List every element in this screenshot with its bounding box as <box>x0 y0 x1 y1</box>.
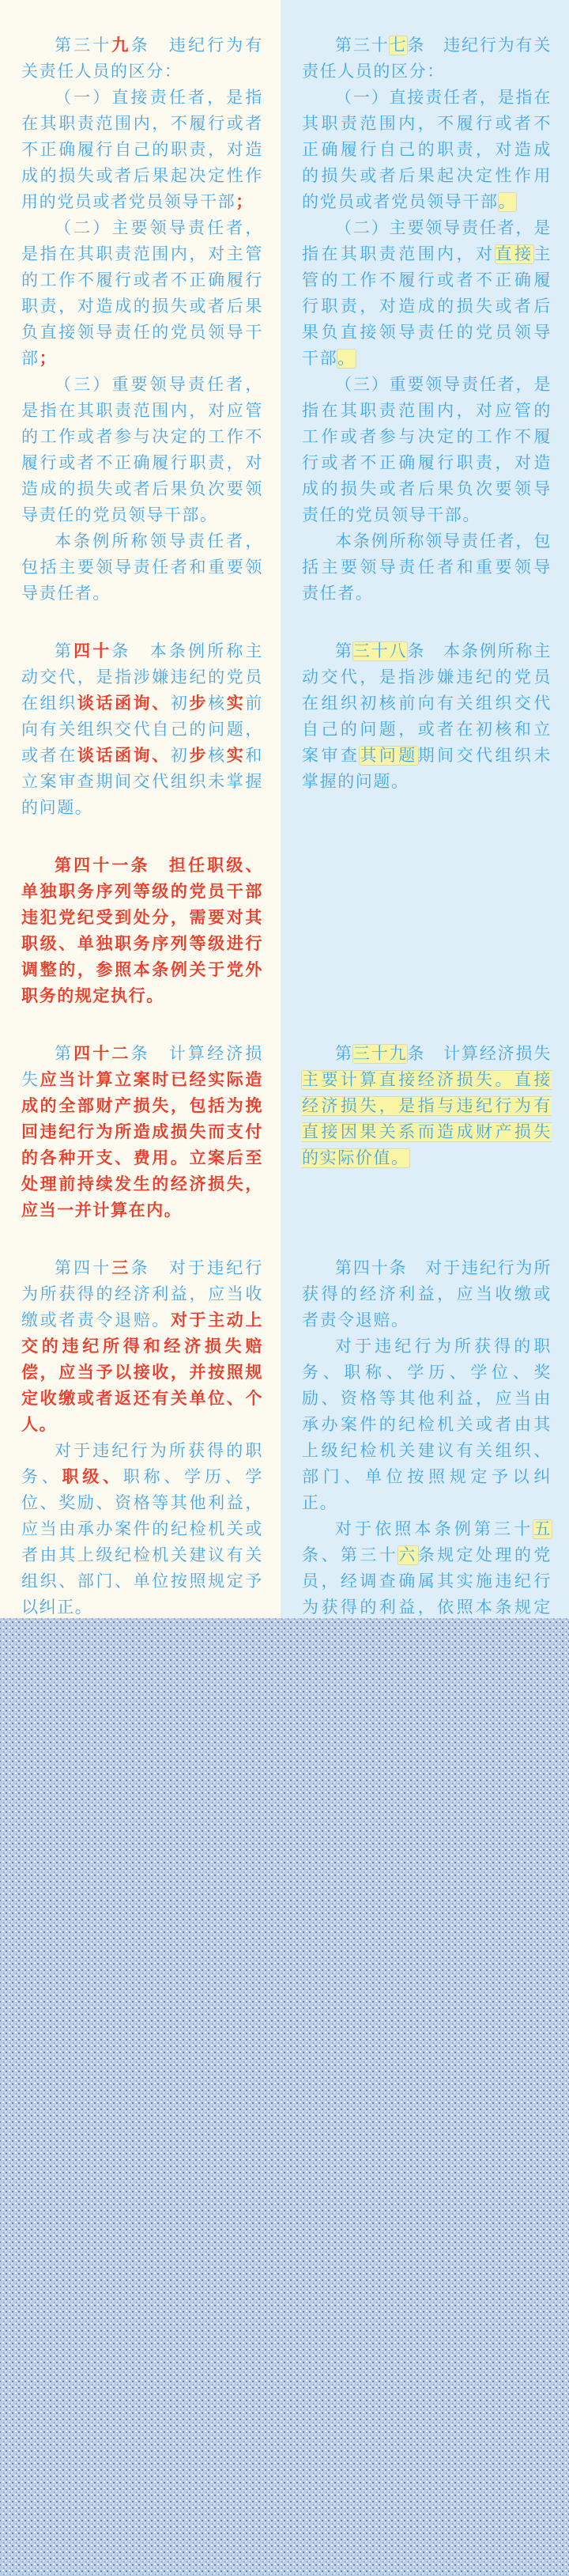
paragraph: 对于违纪行为所获得的职务、职称、学历、学位、奖励、资格等其他利益，应当由承办案件… <box>302 1333 552 1516</box>
changed-text-span: 九 <box>111 36 130 55</box>
comparison-row: 第四十条 本条例所称主动交代，是指涉嫌违纪的党员在组织谈话函询、初步核实前向有关… <box>0 638 569 821</box>
regulation-comparison-page: 第三十九条 违纪行为有关责任人员的区分：（一）直接责任者，是指在其职责范围内，不… <box>0 0 569 2576</box>
new-text-cell: 第四十三条 对于违纪行为所获得的经济利益，应当收缴或者责令退赔。对于主动上交的违… <box>0 1255 281 1618</box>
paragraph: 第四十条 对于违纪行为所获得的经济利益，应当收缴或者责令退赔。 <box>302 1255 552 1333</box>
paragraph: （二）主要领导责任者，是指在其职责范围内，对主管的工作不履行或者不正确履行职责，… <box>21 215 263 372</box>
comparison-area: 第三十九条 违纪行为有关责任人员的区分：（一）直接责任者，是指在其职责范围内，不… <box>0 0 569 1618</box>
regular-text-span: 第 <box>55 642 73 660</box>
regular-text-span: （一）直接责任者，是指在其职责范围内，不履行或者不正确履行自己的职责，对造成的损… <box>21 89 263 211</box>
regular-text-span: 职称、学历、学位、奖励、资格等其他利益，应当由承办案件的纪检机关或者由其上级纪检… <box>21 1468 263 1617</box>
regular-text-span: （三）重要领导责任者，是指在其职责范围内，对应管的工作或者参与决定的工作不履行或… <box>302 376 552 524</box>
paragraph: 第四十一条 担任职级、单独职务序列等级的党员干部违犯党纪受到处分，需要对其职级、… <box>21 853 263 1009</box>
paragraph: 对于违纪行为所获得的职务、职级、职称、学历、学位、奖励、资格等其他利益，应当由承… <box>21 1438 263 1618</box>
new-text-cell: 第四十一条 担任职级、单独职务序列等级的党员干部违犯党纪受到处分，需要对其职级、… <box>0 853 281 1009</box>
changed-text-span: 步 <box>190 747 209 765</box>
comparison-row: 第三十九条 违纪行为有关责任人员的区分：（一）直接责任者，是指在其职责范围内，不… <box>0 32 569 607</box>
paragraph: 本条例所称领导责任者，包括主要领导责任者和重要领导责任者。 <box>302 528 552 607</box>
old-text-cell: 第三十九条 计算经济损失主要计算直接经济损失。直接经济损失，是指与违纪行为有直接… <box>281 1041 569 1171</box>
paragraph: （三）重要领导责任者，是指在其职责范围内，对应管的工作或者参与决定的工作不履行或… <box>302 372 552 528</box>
paragraph: 第四十三条 对于违纪行为所获得的经济利益，应当收缴或者责令退赔。对于主动上交的违… <box>21 1255 263 1438</box>
changed-text-span: 步 <box>190 694 209 713</box>
highlight-text-span: 。 <box>337 350 356 368</box>
new-text-cell: 第三十九条 违纪行为有关责任人员的区分：（一）直接责任者，是指在其职责范围内，不… <box>0 32 281 607</box>
changed-text-span: 实 <box>227 747 246 765</box>
highlight-text-span: 主要计算直接经济损失。直接经济损失，是指与违纪行为有直接因果关系而造成财产损失的… <box>302 1071 552 1167</box>
paragraph: （一）直接责任者，是指在其职责范围内，不履行或者不正确履行自己的职责，对造成的损… <box>21 85 263 215</box>
regular-text-span: 条、第三十 <box>302 1546 398 1564</box>
old-text-cell: 第四十条 对于违纪行为所获得的经济利益，应当收缴或者责令退赔。对于违纪行为所获得… <box>281 1255 569 1618</box>
highlight-text-span: 直接 <box>496 245 534 263</box>
old-text-cell: 第三十八条 本条例所称主动交代，是指涉嫌违纪的党员在组织初核前向有关组织交代自己… <box>281 638 569 795</box>
changed-text-span: ； <box>236 193 254 211</box>
regular-text-span: 本条例所称领导责任者，包括主要领导责任者和重要领导责任者。 <box>302 532 552 603</box>
comparison-rows: 第三十九条 违纪行为有关责任人员的区分：（一）直接责任者，是指在其职责范围内，不… <box>0 0 569 1618</box>
regular-text-span: 第四十条 对于违纪行为所获得的经济利益，应当收缴或者责令退赔。 <box>302 1259 552 1330</box>
paragraph: 本条例所称领导责任者，包括主要领导责任者和重要领导责任者。 <box>21 528 263 607</box>
regular-text-span: 初 <box>171 747 190 765</box>
changed-text-span: 应当计算立案时已经实际造成的全部财产损失，包括为挽回违纪行为所造成损失而支付的各… <box>21 1071 263 1220</box>
regular-text-span: 第三十 <box>335 36 390 55</box>
dotted-texture-footer <box>0 1618 569 2576</box>
regular-text-span: 第 <box>55 1045 73 1063</box>
comparison-row: 第四十一条 担任职级、单独职务序列等级的党员干部违犯党纪受到处分，需要对其职级、… <box>0 853 569 1009</box>
paragraph: （三）重要领导责任者，是指在其职责范围内，对应管的工作或者参与决定的工作不履行或… <box>21 372 263 528</box>
highlight-text-span: 七 <box>390 36 408 55</box>
changed-text-span: 四十 <box>73 642 111 660</box>
changed-text-span: 第四十一条 担任职级、单独职务序列等级的党员干部违犯党纪受到处分，需要对其职级、… <box>21 857 263 1005</box>
changed-text-span: 四十二 <box>73 1045 130 1063</box>
paragraph: 第四十二条 计算经济损失应当计算立案时已经实际造成的全部财产损失，包括为挽回违纪… <box>21 1041 263 1224</box>
regular-text-span: 核 <box>208 694 227 713</box>
paragraph: 第三十八条 本条例所称主动交代，是指涉嫌违纪的党员在组织初核前向有关组织交代自己… <box>302 638 552 795</box>
regular-text-span: 对于依照本条例第三十 <box>335 1520 533 1538</box>
old-text-cell: 第三十七条 违纪行为有关责任人员的区分：（一）直接责任者，是指在其职责范围内，不… <box>281 32 569 607</box>
highlight-text-span: 五 <box>533 1520 552 1538</box>
regular-text-span: 第三十 <box>55 36 111 55</box>
highlight-text-span: 。 <box>499 193 517 211</box>
paragraph: 对于依照本条例第三十五条、第三十六条规定处理的党员，经调查确属其实施违纪行为获得… <box>302 1516 552 1618</box>
regular-text-span: 第 <box>335 1045 353 1063</box>
changed-text-span: ； <box>40 350 58 368</box>
highlight-text-span: 其问题 <box>360 747 417 765</box>
regular-text-span: 对于违纪行为所获得的职务、职称、学历、学位、奖励、资格等其他利益，应当由承办案件… <box>302 1337 552 1512</box>
changed-text-span: 三 <box>111 1259 130 1277</box>
paragraph: 第三十九条 计算经济损失主要计算直接经济损失。直接经济损失，是指与违纪行为有直接… <box>302 1041 552 1171</box>
new-text-cell: 第四十二条 计算经济损失应当计算立案时已经实际造成的全部财产损失，包括为挽回违纪… <box>0 1041 281 1224</box>
regular-text-span: 第 <box>335 642 353 660</box>
regular-text-span: 第四十 <box>55 1259 111 1277</box>
changed-text-span: 实 <box>227 694 246 713</box>
new-text-cell: 第四十条 本条例所称主动交代，是指涉嫌违纪的党员在组织谈话函询、初步核实前向有关… <box>0 638 281 821</box>
paragraph: （一）直接责任者，是指在其职责范围内，不履行或者不正确履行自己的职责，对造成的损… <box>302 85 552 215</box>
regular-text-span: （二）主要领导责任者，是指在其职责范围内，对主管的工作不履行或者不正确履行职责，… <box>21 219 263 368</box>
highlight-text-span: 三十八 <box>353 642 408 660</box>
changed-text-span: 对于主动上交的违纪所得和经济损失赔偿，应当予以接收，并按照规定收缴或者返还有关单… <box>21 1311 263 1434</box>
regular-text-span: （三）重要领导责任者，是指在其职责范围内，对应管的工作或者参与决定的工作不履行或… <box>21 376 263 524</box>
changed-text-span: 谈话函询、 <box>77 694 171 713</box>
paragraph: 第三十九条 违纪行为有关责任人员的区分： <box>21 32 263 85</box>
paragraph: 第三十七条 违纪行为有关责任人员的区分： <box>302 32 552 85</box>
highlight-text-span: 六 <box>398 1546 417 1564</box>
comparison-row: 第四十二条 计算经济损失应当计算立案时已经实际造成的全部财产损失，包括为挽回违纪… <box>0 1041 569 1224</box>
highlight-text-span: 三十九 <box>353 1045 408 1063</box>
regular-text-span: 条 计算经济损失 <box>407 1045 552 1063</box>
changed-text-span: 职级、 <box>62 1468 123 1486</box>
paragraph: 第四十条 本条例所称主动交代，是指涉嫌违纪的党员在组织谈话函询、初步核实前向有关… <box>21 638 263 821</box>
comparison-row: 第四十三条 对于违纪行为所获得的经济利益，应当收缴或者责令退赔。对于主动上交的违… <box>0 1255 569 1618</box>
regular-text-span: 核 <box>208 747 227 765</box>
regular-text-span: 本条例所称领导责任者，包括主要领导责任者和重要领导责任者。 <box>21 532 263 603</box>
regular-text-span: 初 <box>171 694 190 713</box>
changed-text-span: 谈话函询、 <box>77 747 171 765</box>
paragraph: （二）主要领导责任者，是指在其职责范围内，对直接主管的工作不履行或者不正确履行职… <box>302 215 552 372</box>
